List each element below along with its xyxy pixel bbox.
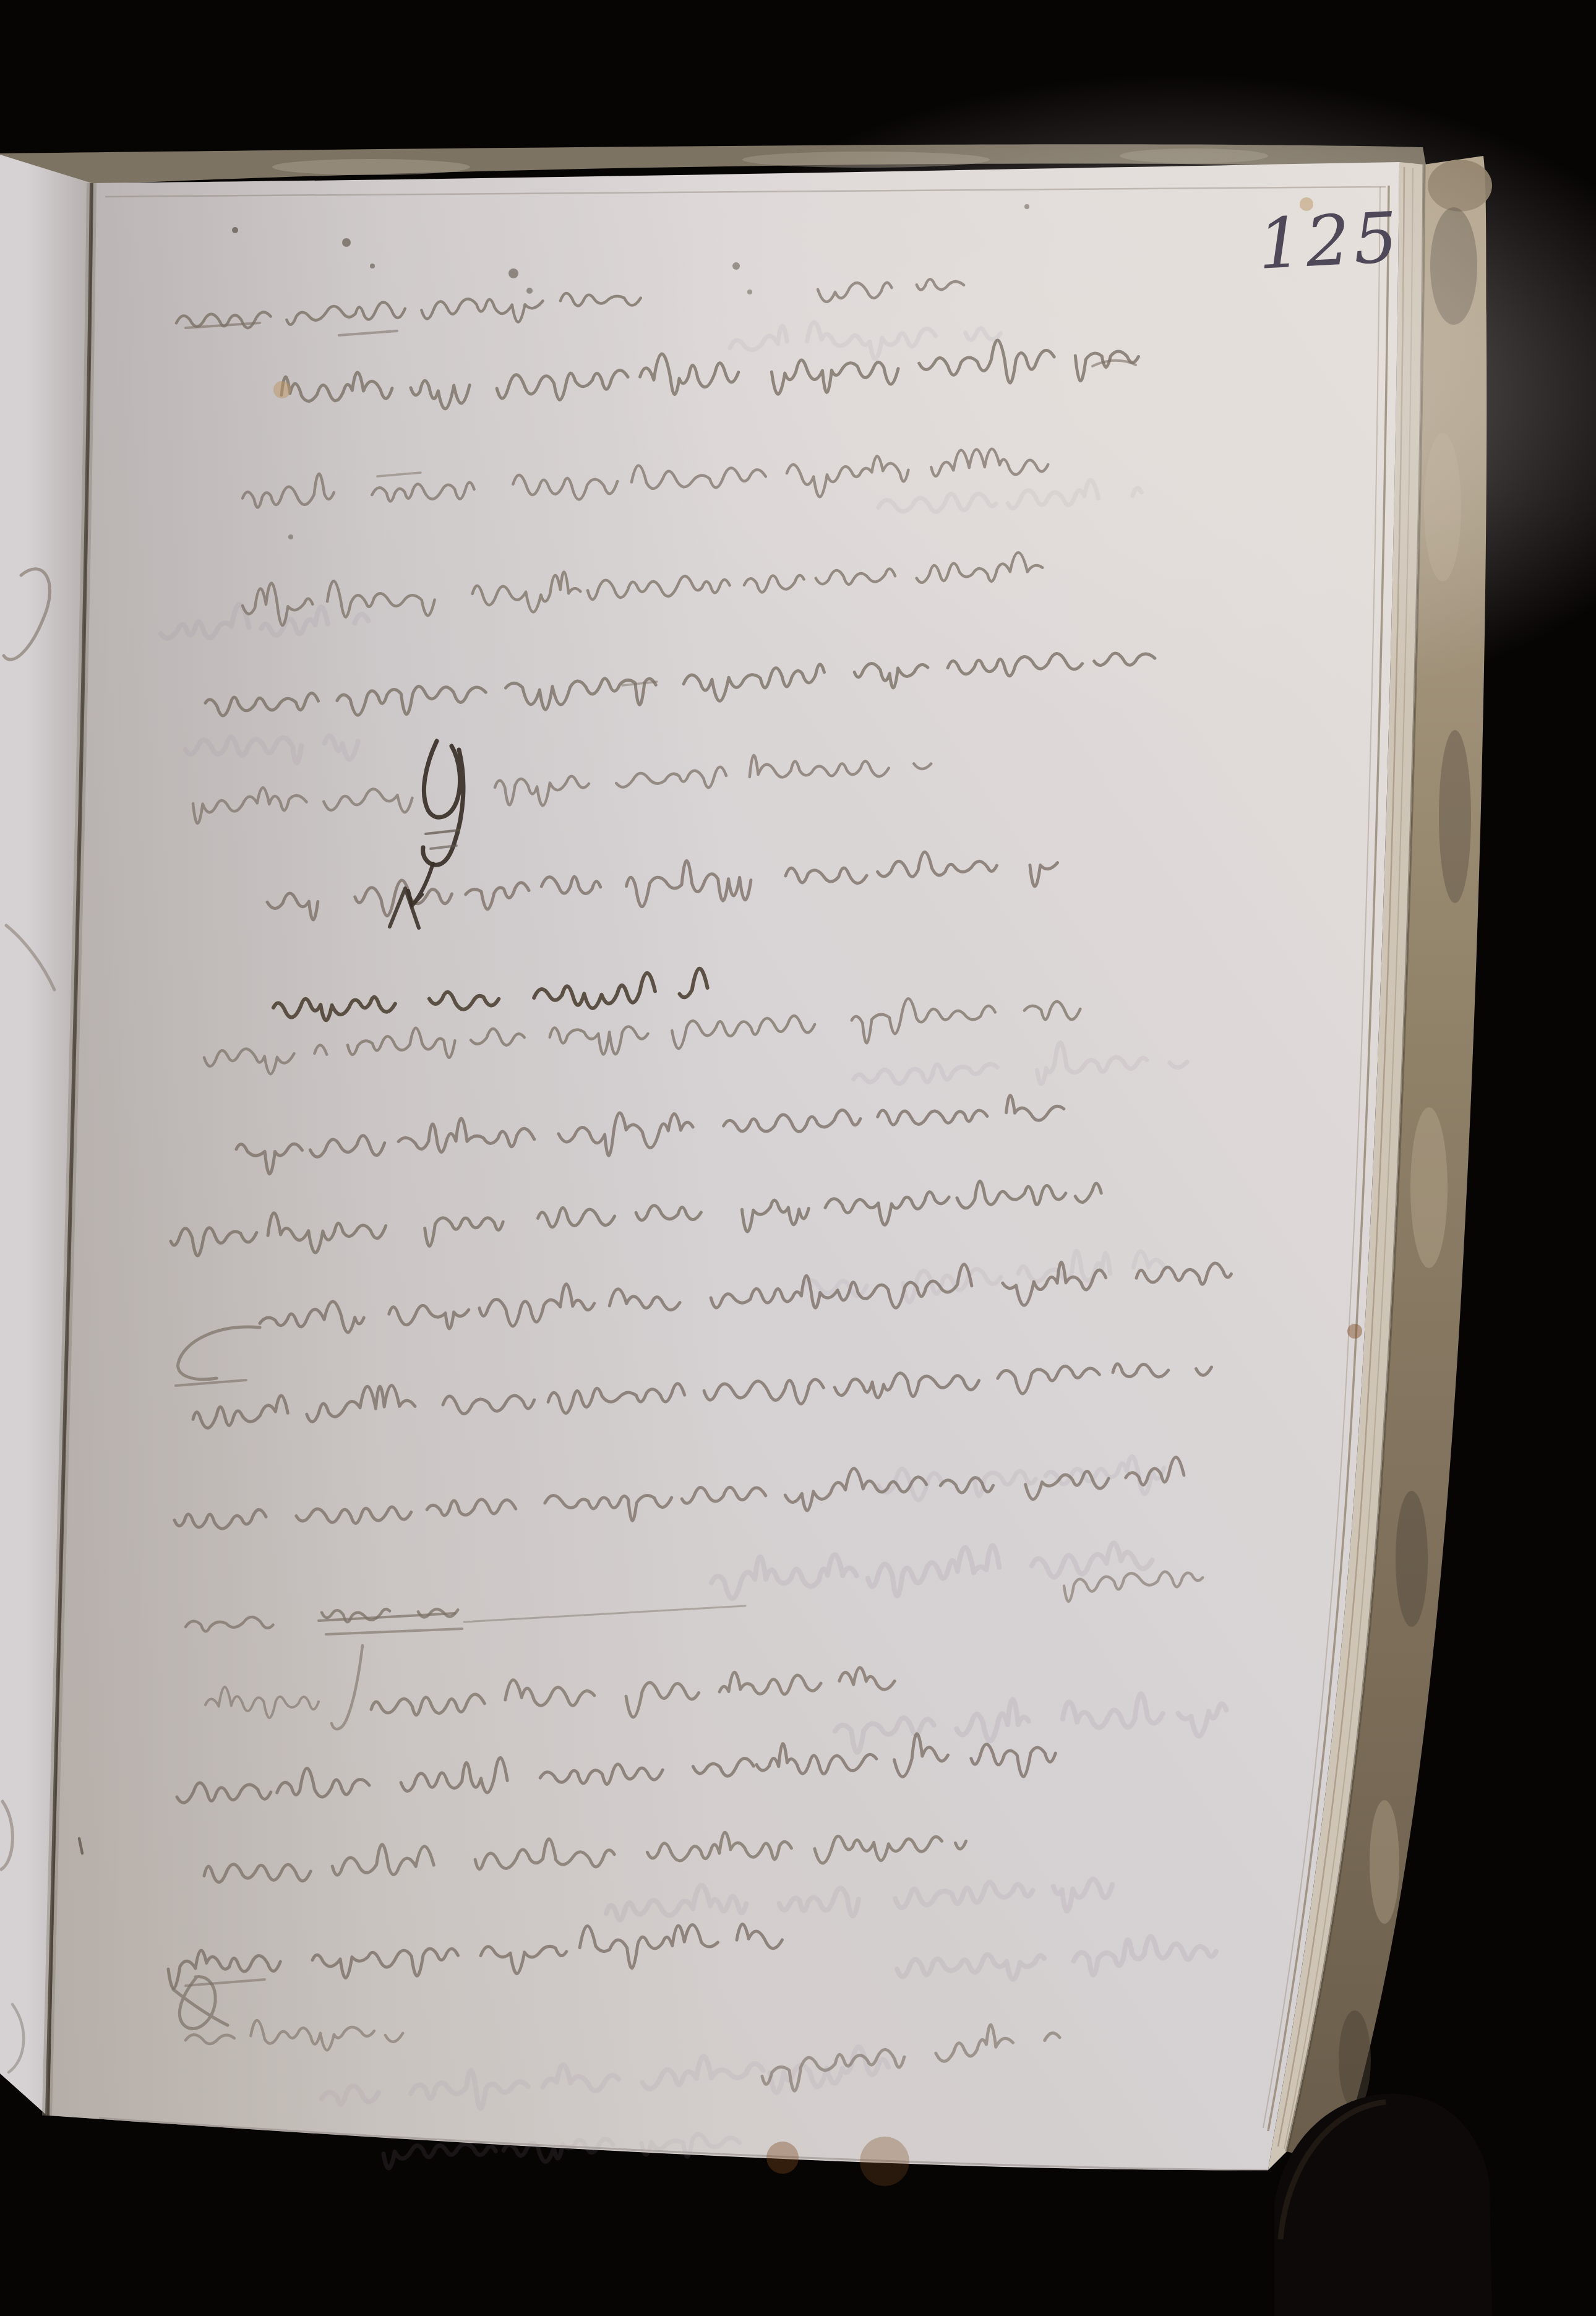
spot: [747, 289, 752, 294]
vellum-mottle: [1370, 1800, 1399, 1924]
spot: [1024, 204, 1029, 209]
spot: [1347, 1324, 1362, 1339]
spot: [288, 534, 293, 539]
spot: [766, 2142, 799, 2174]
top-edge-sheen: [272, 159, 470, 175]
spot: [732, 262, 740, 270]
vellum-mottle: [1396, 1491, 1428, 1627]
spot: [860, 2137, 909, 2186]
spot: [370, 264, 375, 268]
spot: [273, 381, 291, 398]
spot: [342, 238, 351, 247]
vellum-mottle: [1439, 730, 1471, 903]
vellum-mottle: [1339, 2010, 1371, 2109]
spot: [232, 227, 238, 233]
vellum-mottle: [1410, 1107, 1448, 1268]
spot: [526, 288, 533, 294]
manuscript-photo: 125: [0, 0, 1596, 2316]
spot: [508, 268, 518, 278]
page-number: 125: [1256, 197, 1403, 285]
